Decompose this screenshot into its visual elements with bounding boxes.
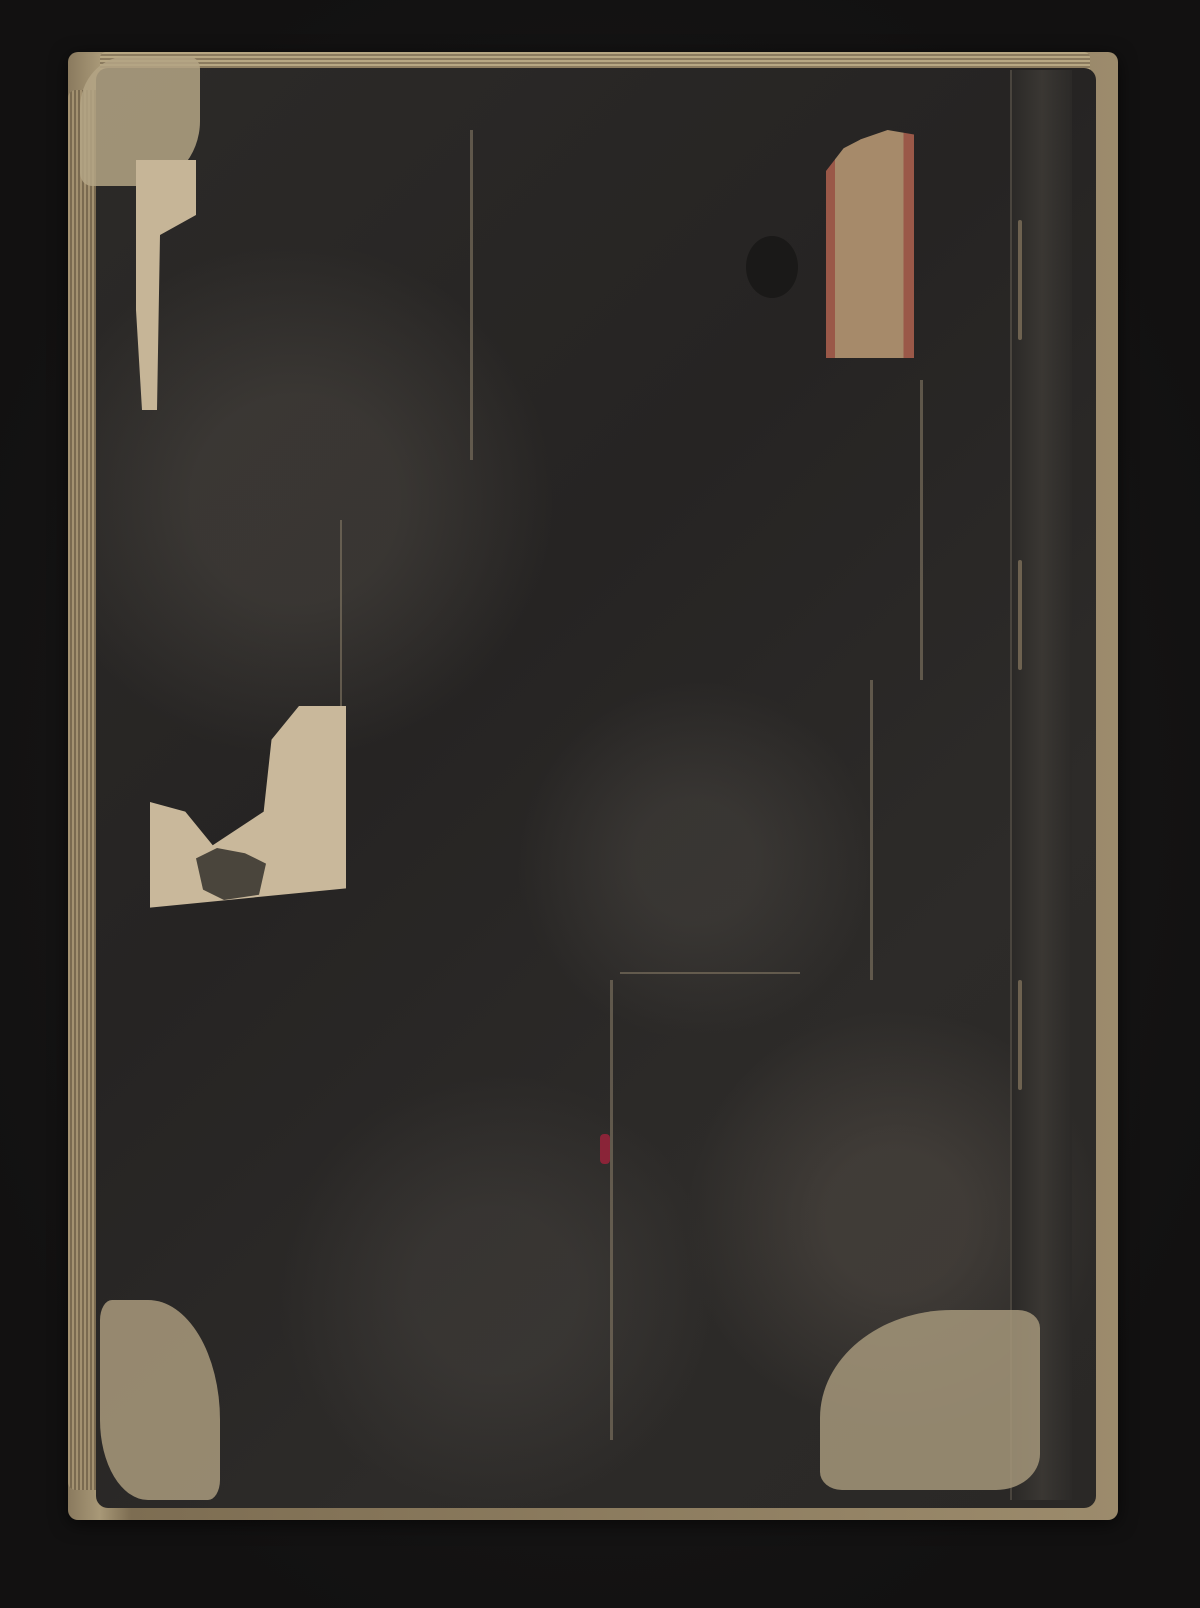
title-slip-fragment [826,130,914,358]
book-cover [96,68,1096,1508]
binding-thread [1018,980,1022,1090]
red-fiber [600,1134,610,1164]
binding-thread [1018,560,1022,670]
cover-crack [620,972,800,974]
cover-crack [610,980,613,1440]
binding-thread [1018,220,1022,340]
cover-crack [470,130,473,460]
cover-crack [920,380,923,680]
cover-crack [870,680,873,980]
dark-stain [746,236,798,298]
